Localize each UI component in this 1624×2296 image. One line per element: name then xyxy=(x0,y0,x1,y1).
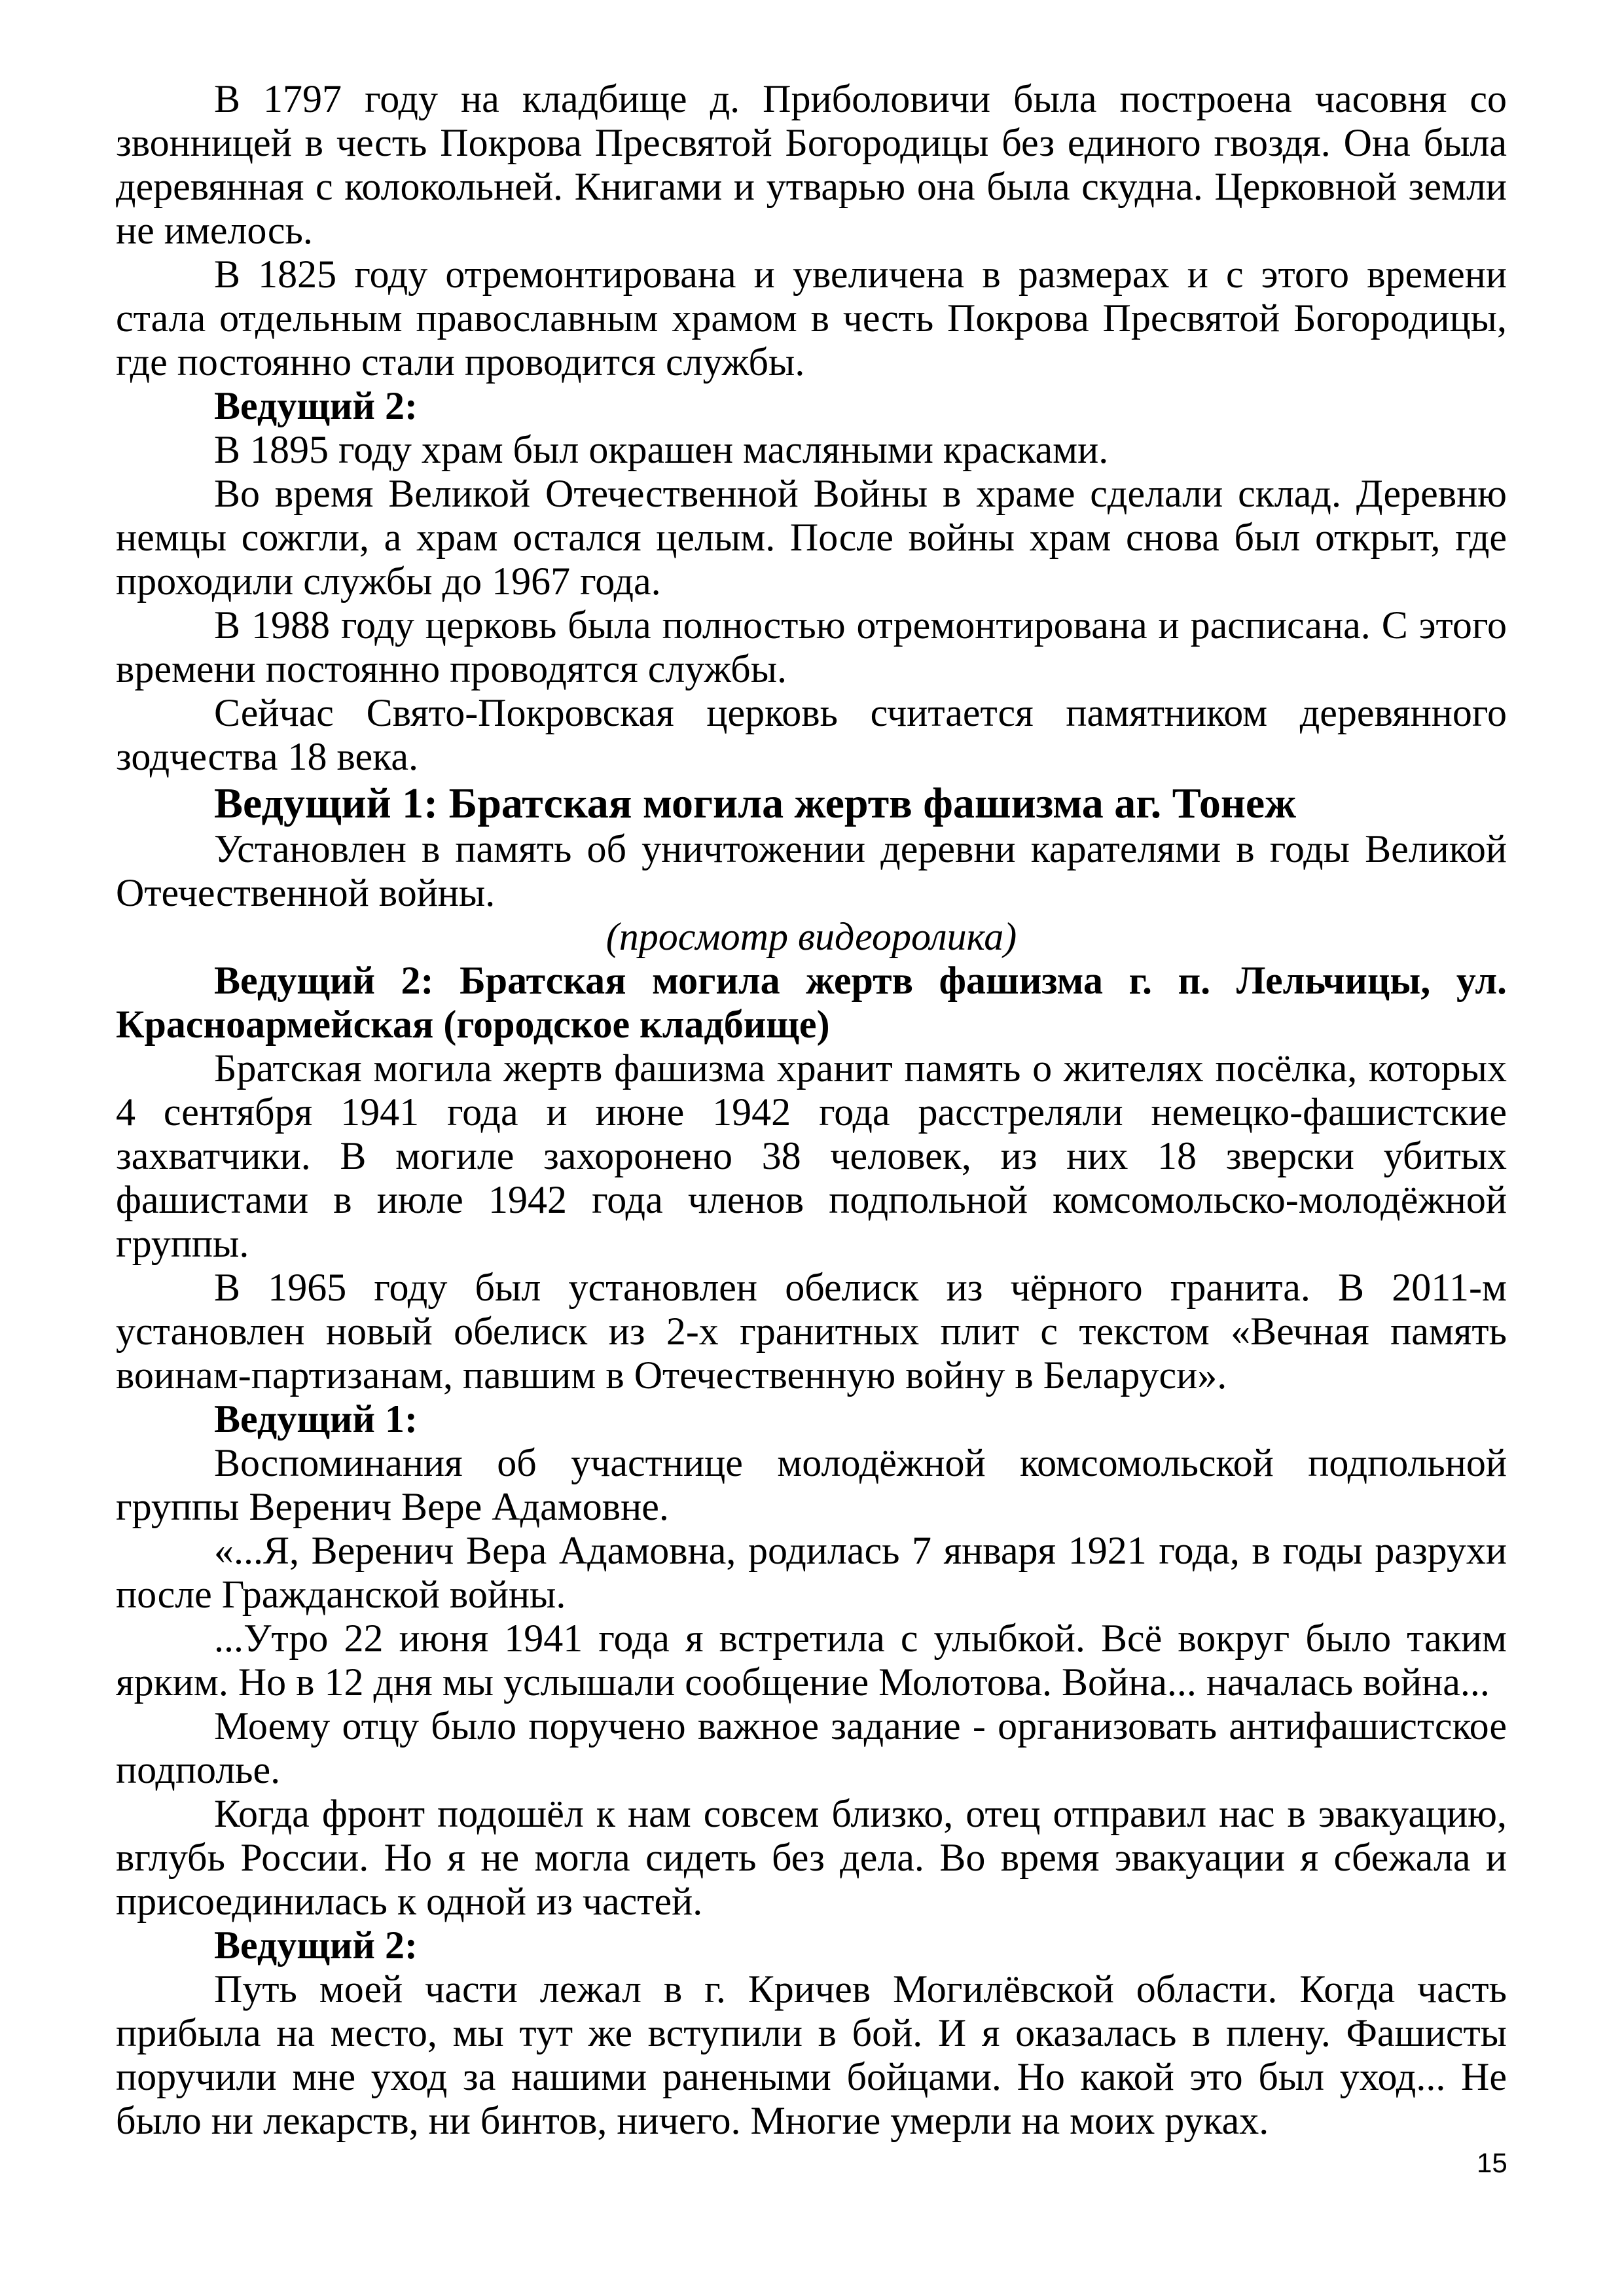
paragraph-war-warehouse: Во время Великой Отечественной Войны в х… xyxy=(116,472,1507,603)
paragraph-obelisk: В 1965 году был установлен обелиск из чё… xyxy=(116,1266,1507,1397)
speaker-label-host-1: Ведущий 1: xyxy=(116,1397,1507,1441)
paragraph-lelchitsy-grave: Братская могила жертв фашизма хранит пам… xyxy=(116,1047,1507,1266)
paragraph-tonezh-memorial: Установлен в память об уничтожении дерев… xyxy=(116,827,1507,915)
paragraph-memoir-father: Моему отцу было поручено важное задание … xyxy=(116,1704,1507,1792)
paragraph-renovated-1988: В 1988 году церковь была полностью отрем… xyxy=(116,603,1507,691)
paragraph-wooden-monument: Сейчас Свято-Покровская церковь считаетс… xyxy=(116,691,1507,779)
speaker-label-host-2-second: Ведущий 2: xyxy=(116,1924,1507,1967)
page-number: 15 xyxy=(1477,2147,1507,2179)
paragraph-memoir-evacuation: Когда фронт подошёл к нам совсем близко,… xyxy=(116,1792,1507,1924)
paragraph-painted-1895: В 1895 году храм был окрашен масляными к… xyxy=(116,428,1507,472)
document-page: В 1797 году на кладбище д. Приболовичи б… xyxy=(116,77,1507,2143)
paragraph-memoir-krichev: Путь моей части лежал в г. Кричев Могилё… xyxy=(116,1967,1507,2143)
section-heading-lelchitsy: Ведущий 2: Братская могила жертв фашизма… xyxy=(116,959,1507,1047)
video-note: (просмотр видеоролика) xyxy=(116,915,1507,959)
section-heading-tonezh: Ведущий 1: Братская могила жертв фашизма… xyxy=(116,780,1507,827)
paragraph-church-1825: В 1825 году отремонтирована и увеличена … xyxy=(116,253,1507,384)
speaker-label-host-2: Ведущий 2: xyxy=(116,384,1507,428)
paragraph-memoirs-intro: Воспоминания об участнице молодёжной ком… xyxy=(116,1441,1507,1529)
paragraph-chapel-1797: В 1797 году на кладбище д. Приболовичи б… xyxy=(116,77,1507,253)
paragraph-memoir-birth: «...Я, Веренич Вера Адамовна, родилась 7… xyxy=(116,1529,1507,1617)
paragraph-memoir-june-22: ...Утро 22 июня 1941 года я встретила с … xyxy=(116,1617,1507,1704)
